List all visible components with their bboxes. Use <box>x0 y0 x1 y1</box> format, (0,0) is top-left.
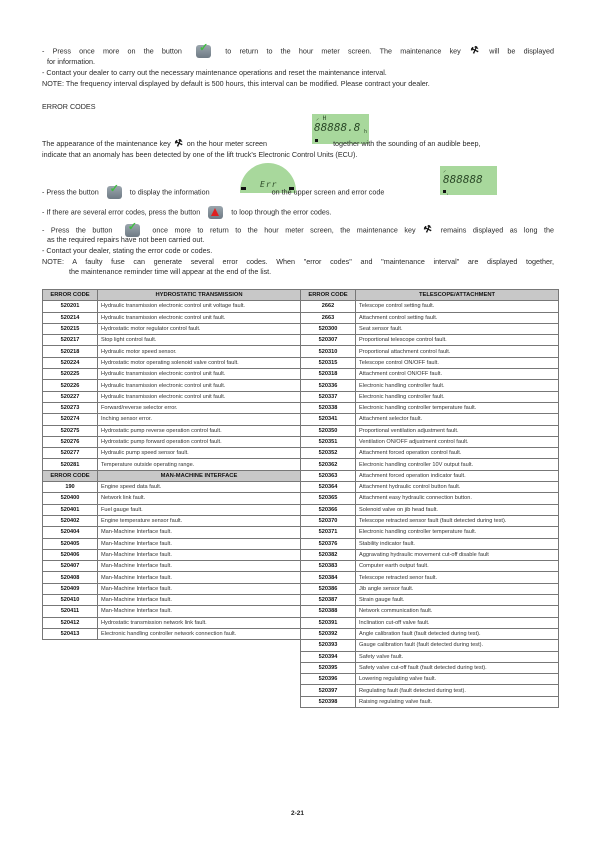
page-number: 2-21 <box>0 810 595 817</box>
table-header-row: ERROR CODEMAN-MACHINE INTERFACE <box>43 470 301 481</box>
error-description: Telescope control setting fault. <box>356 301 559 312</box>
error-code: 520410 <box>43 595 98 606</box>
error-code: 520277 <box>43 448 98 459</box>
error-description: Strain gauge fault. <box>356 595 559 606</box>
error-code: 2662 <box>301 301 356 312</box>
error-code: 520281 <box>43 459 98 470</box>
error-code: 520391 <box>301 617 356 628</box>
error-code: 520412 <box>43 617 98 628</box>
error-description: Hydraulic transmission electronic contro… <box>98 391 301 402</box>
table-row: 520376Stability indicator fault. <box>301 538 559 549</box>
table-row: 520338Electronic handling controller tem… <box>301 402 559 413</box>
table-row: 520365Attachment easy hydraulic connecti… <box>301 493 559 504</box>
table-row: 520214Hydraulic transmission electronic … <box>43 312 301 323</box>
error-code: 520225 <box>43 369 98 380</box>
error-code: 520394 <box>301 651 356 662</box>
table-row: 520225Hydraulic transmission electronic … <box>43 369 301 380</box>
table-row: 520402Engine temperature sensor fault. <box>43 515 301 526</box>
table-row: 520366Solenoid valve on jib head fault. <box>301 504 559 515</box>
error-description: Ventilation ON/OFF adjustment control fa… <box>356 436 559 447</box>
wrench-icon: ⚒ <box>470 45 481 57</box>
error-description: Man-Machine Interface fault. <box>98 572 301 583</box>
error-description: Attachment hydraulic control button faul… <box>356 482 559 493</box>
table-row: 520391Inclination cut-off valve fault. <box>301 617 559 628</box>
intro-text: will be displayed <box>489 46 554 55</box>
error-code: 520201 <box>43 301 98 312</box>
table-row: 520215Hydrostatic motor regulator contro… <box>43 323 301 334</box>
error-code: 520227 <box>43 391 98 402</box>
error-description: Attachment selector fault. <box>356 414 559 425</box>
error-code: 190 <box>43 482 98 493</box>
table-row: 520412Hydrostatic transmission network l… <box>43 617 301 628</box>
table-row: 520394Safety valve fault. <box>301 651 559 662</box>
error-description: Electronic handling controller network c… <box>98 628 301 639</box>
error-description: Network link fault. <box>98 493 301 504</box>
error-code: 520363 <box>301 470 356 481</box>
table-row: 520307Proportional telescope control fau… <box>301 335 559 346</box>
intro-note: NOTE: The frequency interval displayed b… <box>42 79 554 89</box>
table-row: 520370Telescope retracted sensor fault (… <box>301 515 559 526</box>
error-code: 520371 <box>301 527 356 538</box>
table-row: 520401Fuel gauge fault. <box>43 504 301 515</box>
para-1: The appearance of the maintenance key ⚒ … <box>42 139 554 149</box>
note-2: NOTE: A faulty fuse can generate several… <box>42 257 554 267</box>
error-code: 520397 <box>301 685 356 696</box>
intro-text: to return to the hour meter screen. The … <box>225 46 460 55</box>
table-row: 520387Strain gauge fault. <box>301 595 559 606</box>
error-description: Safety valve cut-off fault (fault detect… <box>356 662 559 673</box>
error-code: 520395 <box>301 662 356 673</box>
error-code: 520307 <box>301 335 356 346</box>
error-code: 520366 <box>301 504 356 515</box>
error-description: Stop light control fault. <box>98 335 301 346</box>
error-description: Attachment control setting fault. <box>356 312 559 323</box>
error-code: 520382 <box>301 549 356 560</box>
error-code: 520217 <box>43 335 98 346</box>
error-code: 520336 <box>301 380 356 391</box>
error-code: 520364 <box>301 482 356 493</box>
lcd-digits: 888888 <box>443 173 483 186</box>
wrench-icon: ⚒ <box>173 138 184 150</box>
para-1-cont: indicate that an anomaly has been detect… <box>42 150 554 160</box>
error-description: Man-Machine Interface fault. <box>98 549 301 560</box>
table-row: 520396Lowering regulating valve fault. <box>301 674 559 685</box>
error-description: Safety valve fault. <box>356 651 559 662</box>
table-row: 520275Hydrostatic pump reverse operation… <box>43 425 301 436</box>
error-code: 520300 <box>301 323 356 334</box>
error-description: Proportional attachment control fault. <box>356 346 559 357</box>
error-description: Man-Machine Interface fault. <box>98 583 301 594</box>
error-code: 520402 <box>43 515 98 526</box>
column-header-category: TELESCOPE/ATTACHMENT <box>356 290 559 301</box>
error-code: 520215 <box>43 323 98 334</box>
table-row: 520409Man-Machine Interface fault. <box>43 583 301 594</box>
table-row: 520276Hydrostatic pump forward operation… <box>43 436 301 447</box>
error-description: Hydraulic transmission electronic contro… <box>98 380 301 391</box>
error-code: 520388 <box>301 606 356 617</box>
intro-text: - Press once more on the button <box>42 46 182 55</box>
error-code: 520400 <box>43 493 98 504</box>
table-row: 520337Electronic handling controller fau… <box>301 391 559 402</box>
error-code-table-right: ERROR CODETELESCOPE/ATTACHMENT2662Telesc… <box>300 289 559 708</box>
error-code: 520226 <box>43 380 98 391</box>
body-text: on the upper screen and error code <box>272 187 385 196</box>
error-description: Angle calibration fault (fault detected … <box>356 628 559 639</box>
error-code: 520338 <box>301 402 356 413</box>
error-code: 520398 <box>301 696 356 707</box>
error-description: Stability indicator fault. <box>356 538 559 549</box>
column-header-category: MAN-MACHINE INTERFACE <box>98 470 301 481</box>
error-code: 520214 <box>43 312 98 323</box>
error-description: Man-Machine Interface fault. <box>98 561 301 572</box>
table-row: 520407Man-Machine Interface fault. <box>43 561 301 572</box>
error-code: 520351 <box>301 436 356 447</box>
table-row: 520310Proportional attachment control fa… <box>301 346 559 357</box>
table-row: 520386Jib angle sensor fault. <box>301 583 559 594</box>
intro-line-2: - Contact your dealer to carry out the n… <box>42 68 554 78</box>
error-code: 520276 <box>43 436 98 447</box>
table-row: 520273Forward/reverse selector error. <box>43 402 301 413</box>
body-text: . <box>446 187 448 196</box>
table-row: 520392Angle calibration fault (fault det… <box>301 628 559 639</box>
table-header-row: ERROR CODETELESCOPE/ATTACHMENT <box>301 290 559 301</box>
table-row: 520281Temperature outside operating rang… <box>43 459 301 470</box>
error-description: Telescope retracted sensor fault (fault … <box>356 515 559 526</box>
error-description: Forward/reverse selector error. <box>98 402 301 413</box>
error-description: Attachment easy hydraulic connection but… <box>356 493 559 504</box>
table-row: 2662Telescope control setting fault. <box>301 301 559 312</box>
error-description: Man-Machine Interface fault. <box>98 527 301 538</box>
error-code: 520352 <box>301 448 356 459</box>
body-text: - Press the button <box>42 187 99 196</box>
error-description: Hydraulic transmission electronic contro… <box>98 312 301 323</box>
column-header-code: ERROR CODE <box>301 290 356 301</box>
error-code: 520341 <box>301 414 356 425</box>
body-text: to loop through the error codes. <box>231 207 331 216</box>
error-code: 520273 <box>43 402 98 413</box>
table-row: 520226Hydraulic transmission electronic … <box>43 380 301 391</box>
error-description: Solenoid valve on jib head fault. <box>356 504 559 515</box>
error-code: 520318 <box>301 369 356 380</box>
error-description: Telescope control ON/OFF fault. <box>356 357 559 368</box>
table-row: 520395Safety valve cut-off fault (fault … <box>301 662 559 673</box>
table-header-row: ERROR CODEHYDROSTATIC TRANSMISSION <box>43 290 301 301</box>
error-description: Seat sensor fault. <box>356 323 559 334</box>
table-row: 520405Man-Machine Interface fault. <box>43 538 301 549</box>
column-header-code: ERROR CODE <box>43 290 98 301</box>
table-row: 520318Attachment control ON/OFF fault. <box>301 369 559 380</box>
error-description: Attachment control ON/OFF fault. <box>356 369 559 380</box>
error-description: Hydrostatic motor operating solenoid val… <box>98 357 301 368</box>
body-text: The appearance of the maintenance key <box>42 139 171 148</box>
step-2: - If there are several error codes, pres… <box>42 206 554 219</box>
table-row: 520352Attachment forced operation contro… <box>301 448 559 459</box>
error-description: Proportional ventilation adjustment faul… <box>356 425 559 436</box>
error-code: 520387 <box>301 595 356 606</box>
error-code: 520383 <box>301 561 356 572</box>
error-description: Hydraulic pump speed sensor fault. <box>98 448 301 459</box>
error-description: Regulating fault (fault detected during … <box>356 685 559 696</box>
error-description: Gauge calibration fault (fault detected … <box>356 640 559 651</box>
error-code: 520408 <box>43 572 98 583</box>
error-code: 520337 <box>301 391 356 402</box>
body-text: remains displayed as long the <box>441 225 554 234</box>
table-row: 520410Man-Machine Interface fault. <box>43 595 301 606</box>
error-code: 520275 <box>43 425 98 436</box>
body-text: - Press the button <box>42 225 112 234</box>
table-row: 520362Electronic handling controller 10V… <box>301 459 559 470</box>
error-description: Electronic handling controller fault. <box>356 380 559 391</box>
table-row: 520227Hydraulic transmission electronic … <box>43 391 301 402</box>
table-row: 520315Telescope control ON/OFF fault. <box>301 357 559 368</box>
error-code: 520218 <box>43 346 98 357</box>
body-text: to display the information <box>130 187 210 196</box>
error-description: Hydrostatic motor regulator control faul… <box>98 323 301 334</box>
table-row: 520350Proportional ventilation adjustmen… <box>301 425 559 436</box>
body-text: together with the sounding of an audible… <box>333 139 480 148</box>
body-text: once more to return to the hour meter sc… <box>152 225 415 234</box>
error-code: 520411 <box>43 606 98 617</box>
error-code: 520406 <box>43 549 98 560</box>
table-row: 520218Hydraulic motor speed sensor. <box>43 346 301 357</box>
error-code: 520407 <box>43 561 98 572</box>
table-row: 2663Attachment control setting fault. <box>301 312 559 323</box>
error-code: 520362 <box>301 459 356 470</box>
error-code: 520401 <box>43 504 98 515</box>
error-description: Engine temperature sensor fault. <box>98 515 301 526</box>
table-row: 520393Gauge calibration fault (fault det… <box>301 640 559 651</box>
error-description: Attachment forced operation indicator fa… <box>356 470 559 481</box>
table-row: 520411Man-Machine Interface fault. <box>43 606 301 617</box>
error-code: 520224 <box>43 357 98 368</box>
table-row: 520413Electronic handling controller net… <box>43 628 301 639</box>
error-description: Attachment forced operation control faul… <box>356 448 559 459</box>
error-description: Man-Machine Interface fault. <box>98 606 301 617</box>
error-description: Electronic handling controller temperatu… <box>356 527 559 538</box>
error-code: 520315 <box>301 357 356 368</box>
table-row: 520217Stop light control fault. <box>43 335 301 346</box>
table-row: 520408Man-Machine Interface fault. <box>43 572 301 583</box>
error-description: Hydraulic motor speed sensor. <box>98 346 301 357</box>
table-row: 520382Aggravating hydraulic movement cut… <box>301 549 559 560</box>
table-row: 520363Attachment forced operation indica… <box>301 470 559 481</box>
error-description: Electronic handling controller 10V outpu… <box>356 459 559 470</box>
error-code: 520274 <box>43 414 98 425</box>
note-2-cont: the maintenance reminder time will appea… <box>42 267 581 277</box>
error-description: Hydrostatic pump reverse operation contr… <box>98 425 301 436</box>
error-description: Electronic handling controller fault. <box>356 391 559 402</box>
error-code: 520409 <box>43 583 98 594</box>
error-description: Inching sensor error. <box>98 414 301 425</box>
table-row: 520351Ventilation ON/OFF adjustment cont… <box>301 436 559 447</box>
column-header-category: HYDROSTATIC TRANSMISSION <box>98 290 301 301</box>
error-description: Fuel gauge fault. <box>98 504 301 515</box>
table-row: 520364Attachment hydraulic control butto… <box>301 482 559 493</box>
check-button-icon <box>107 186 122 199</box>
table-row: 520371Electronic handling controller tem… <box>301 527 559 538</box>
table-row: 520300Seat sensor fault. <box>301 323 559 334</box>
table-row: 520224Hydrostatic motor operating soleno… <box>43 357 301 368</box>
error-code: 520404 <box>43 527 98 538</box>
table-row: 520400Network link fault. <box>43 493 301 504</box>
error-code: 520365 <box>301 493 356 504</box>
error-description: Engine speed data fault. <box>98 482 301 493</box>
error-description: Jib angle sensor fault. <box>356 583 559 594</box>
table-row: 520397Regulating fault (fault detected d… <box>301 685 559 696</box>
table-row: 520388Network communication fault. <box>301 606 559 617</box>
body-text: - If there are several error codes, pres… <box>42 207 200 216</box>
table-row: 520341Attachment selector fault. <box>301 414 559 425</box>
section-title: ERROR CODES <box>42 102 554 112</box>
table-row: 520277Hydraulic pump speed sensor fault. <box>43 448 301 459</box>
table-row: 520201Hydraulic transmission electronic … <box>43 301 301 312</box>
table-row: 520406Man-Machine Interface fault. <box>43 549 301 560</box>
error-code: 520396 <box>301 674 356 685</box>
error-description: Computer earth output fault. <box>356 561 559 572</box>
step-1: - Press the button to display the inform… <box>42 186 554 199</box>
up-arrow-button-icon <box>208 206 223 219</box>
error-code: 520376 <box>301 538 356 549</box>
error-description: Man-Machine Interface fault. <box>98 538 301 549</box>
table-row: 520398Raising regulating valve fault. <box>301 696 559 707</box>
table-row: 520274Inching sensor error. <box>43 414 301 425</box>
error-code: 520405 <box>43 538 98 549</box>
lcd-unit: h <box>364 129 367 135</box>
error-description: Inclination cut-off valve fault. <box>356 617 559 628</box>
error-description: Telescope retracted senor fault. <box>356 572 559 583</box>
error-description: Electronic handling controller temperatu… <box>356 402 559 413</box>
error-code: 2663 <box>301 312 356 323</box>
intro-line-1-cont: for information. <box>42 57 559 67</box>
error-code: 520384 <box>301 572 356 583</box>
error-code: 520393 <box>301 640 356 651</box>
error-description: Raising regulating valve fault. <box>356 696 559 707</box>
error-code: 520310 <box>301 346 356 357</box>
body-text: on the hour meter screen <box>187 139 267 148</box>
table-row: 520384Telescope retracted senor fault. <box>301 572 559 583</box>
error-code: 520350 <box>301 425 356 436</box>
error-description: Man-Machine Interface fault. <box>98 595 301 606</box>
error-description: Hydrostatic pump forward operation contr… <box>98 436 301 447</box>
error-description: Lowering regulating valve fault. <box>356 674 559 685</box>
column-header-code: ERROR CODE <box>43 470 98 481</box>
error-description: Network communication fault. <box>356 606 559 617</box>
error-code: 520386 <box>301 583 356 594</box>
error-description: Aggravating hydraulic movement cut-off d… <box>356 549 559 560</box>
step-4: - Contact your dealer, stating the error… <box>42 246 554 256</box>
error-code-table-left: ERROR CODEHYDROSTATIC TRANSMISSION520201… <box>42 289 301 640</box>
error-description: Hydraulic transmission electronic contro… <box>98 369 301 380</box>
table-row: 520404Man-Machine Interface fault. <box>43 527 301 538</box>
error-description: Temperature outside operating range. <box>98 459 301 470</box>
error-code: 520392 <box>301 628 356 639</box>
table-row: 190Engine speed data fault. <box>43 482 301 493</box>
table-row: 520383Computer earth output fault. <box>301 561 559 572</box>
step-3-cont: as the required repairs have not been ca… <box>42 235 559 245</box>
lcd-digits: 88888.8 <box>314 121 360 134</box>
error-description: Hydrostatic transmission network link fa… <box>98 617 301 628</box>
error-code: 520413 <box>43 628 98 639</box>
error-description: Proportional telescope control fault. <box>356 335 559 346</box>
table-row: 520336Electronic handling controller fau… <box>301 380 559 391</box>
error-code: 520370 <box>301 515 356 526</box>
error-description: Hydraulic transmission electronic contro… <box>98 301 301 312</box>
